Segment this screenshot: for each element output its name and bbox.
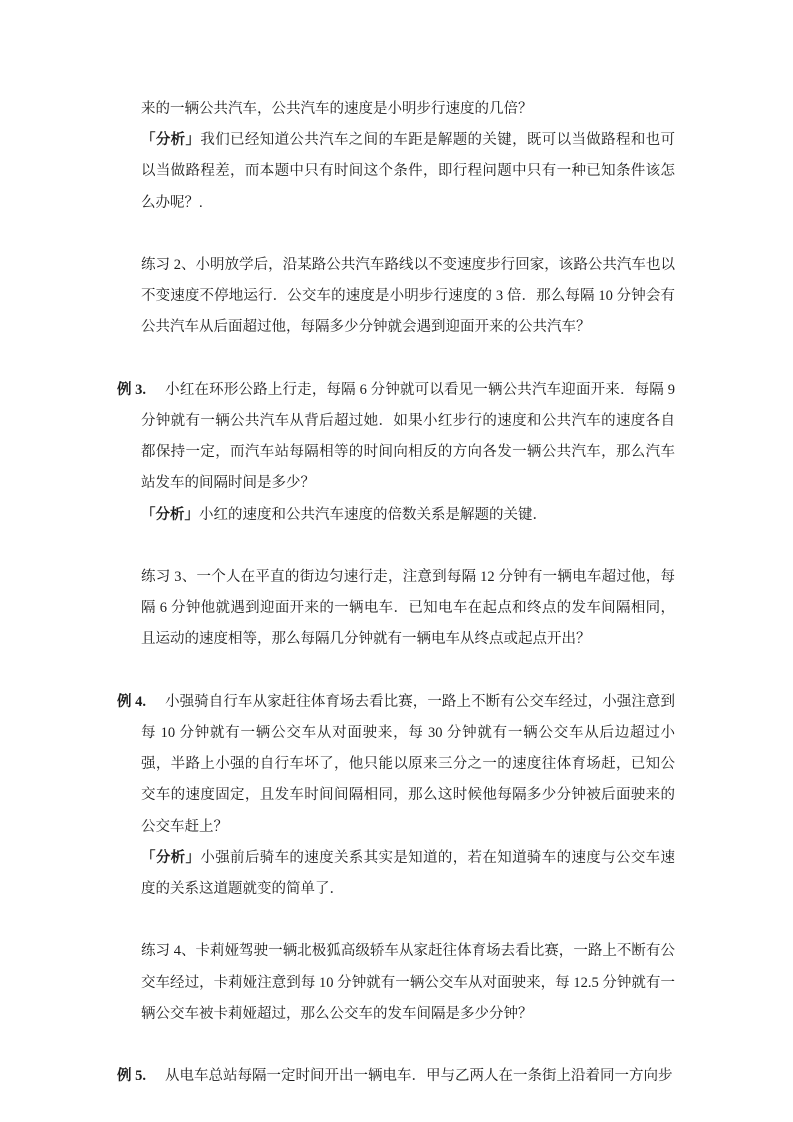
exercise-4-paragraph: 练习 4、卡莉娅驾驶一辆北极狐高级轿车从家赶往体育场去看比赛，一路上不断有公交车… [141, 936, 675, 1030]
example-5-label: 例 5. [117, 1061, 165, 1092]
worksheet-page: 来的一辆公共汽车，公共汽车的速度是小明步行速度的几倍？ 「分析」我们已经知道公共… [0, 0, 793, 1122]
exercise-3-text: 练习 3、一个人在平直的街边匀速行走，注意到每隔 12 分钟有一辆电车超过他，每… [141, 569, 675, 647]
exercise-2-text: 练习 2、小明放学后，沿某路公共汽车路线以不变速度步行回家，该路公共汽车也以不变… [141, 257, 675, 335]
example-3-paragraph: 例 3.小红在环形公路上行走，每隔 6 分钟就可以看见一辆公共汽车迎面开来．每隔… [141, 375, 675, 500]
analysis-label: 「分析」 [141, 850, 200, 866]
example-4-paragraph: 例 4.小强骑自行车从家赶往体育场去看比赛，一路上不断有公交车经过，小强注意到每… [141, 687, 675, 843]
exercise-3-paragraph: 练习 3、一个人在平直的街边匀速行走，注意到每隔 12 分钟有一辆电车超过他，每… [141, 562, 675, 656]
analysis-text: 我们已经知道公共汽车之间的车距是解题的关键，既可以当做路程和也可以当做路程差，而… [141, 132, 675, 210]
analysis-paragraph-3: 「分析」小红的速度和公共汽车速度的倍数关系是解题的关键． [141, 500, 675, 531]
paragraph-continuation: 来的一辆公共汽车，公共汽车的速度是小明步行速度的几倍？ [141, 94, 675, 125]
analysis-label: 「分析」 [141, 507, 199, 523]
analysis-paragraph-4: 「分析」小强前后骑车的速度关系其实是知道的，若在知道骑车的速度与公交车速度的关系… [141, 843, 675, 905]
exercise-2-paragraph: 练习 2、小明放学后，沿某路公共汽车路线以不变速度步行回家，该路公共汽车也以不变… [141, 250, 675, 344]
example-5-paragraph: 例 5.从电车总站每隔一定时间开出一辆电车．甲与乙两人在一条街上沿着同一方向步 [141, 1061, 675, 1092]
analysis-paragraph-1: 「分析」我们已经知道公共汽车之间的车距是解题的关键，既可以当做路程和也可以当做路… [141, 125, 675, 219]
analysis-text: 小强前后骑车的速度关系其实是知道的，若在知道骑车的速度与公交车速度的关系这道题就… [141, 850, 675, 897]
example-3-label: 例 3. [117, 375, 165, 406]
paragraph-continuation-text: 来的一辆公共汽车，公共汽车的速度是小明步行速度的几倍？ [141, 101, 533, 117]
example-5-text: 从电车总站每隔一定时间开出一辆电车．甲与乙两人在一条街上沿着同一方向步 [165, 1068, 673, 1084]
example-4-label: 例 4. [117, 687, 165, 718]
analysis-label: 「分析」 [141, 132, 200, 148]
analysis-text: 小红的速度和公共汽车速度的倍数关系是解题的关键． [199, 507, 547, 523]
example-3-text: 小红在环形公路上行走，每隔 6 分钟就可以看见一辆公共汽车迎面开来．每隔 9 分… [141, 382, 675, 492]
example-4-text: 小强骑自行车从家赶往体育场去看比赛，一路上不断有公交车经过，小强注意到每 10 … [141, 694, 675, 835]
exercise-4-text: 练习 4、卡莉娅驾驶一辆北极狐高级轿车从家赶往体育场去看比赛，一路上不断有公交车… [141, 943, 675, 1021]
